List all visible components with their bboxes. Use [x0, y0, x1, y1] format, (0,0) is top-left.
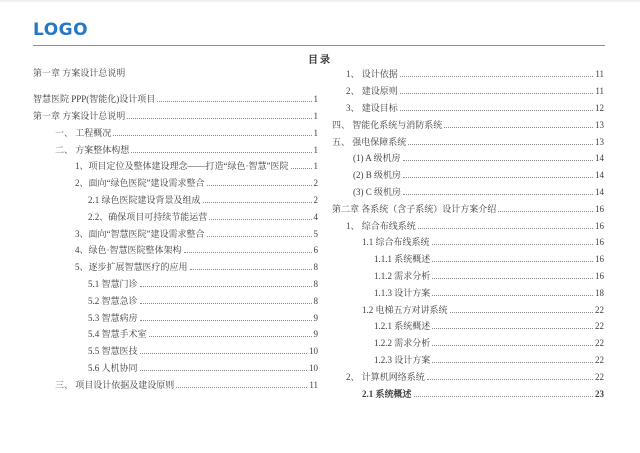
toc-entry: (1) A 级机房14 [332, 150, 604, 167]
toc-entry: 2.2、确保项目可持续节能运营4 [33, 208, 318, 225]
toc-dot-leader [149, 331, 312, 337]
toc-entry-label: 2.1 系统概述 [362, 389, 412, 399]
toc-page-number: 16 [595, 204, 604, 214]
toc-dot-leader [403, 155, 593, 161]
toc-entry-label: 5.5 智慧医技 [88, 346, 138, 356]
toc-entry: 3、面向“智慧医院”建设需求整合5 [33, 225, 318, 242]
toc-page-number: 16 [595, 271, 604, 281]
toc-entry-label: 1.2.3 设计方案 [374, 355, 430, 365]
toc-dot-leader [432, 239, 593, 245]
toc-dot-leader [432, 323, 593, 329]
toc-page-number: 9 [314, 313, 319, 323]
toc-dot-leader [131, 147, 311, 153]
toc-entry-label: 3、 建设目标 [346, 103, 398, 113]
toc-entry-label: 五、 强电保障系统 [332, 137, 406, 147]
company-logo: LOGO [33, 22, 88, 39]
toc-page-number: 13 [595, 137, 604, 147]
toc-entry-label: 5.3 智慧病房 [88, 313, 138, 323]
toc-entry-label: 1.1.2 需求分析 [374, 271, 430, 281]
toc-page-number: 6 [314, 245, 319, 255]
toc-entry: 1.1.3 设计方案18 [332, 284, 604, 301]
toc-entry-label: (3) C 级机房 [353, 187, 401, 197]
toc-entry: (3) C 级机房14 [332, 184, 604, 201]
toc-page-number: 10 [309, 363, 318, 373]
toc-entry-label: 1、项目定位及整体建设理念——打造“绿色·智慧”医院 [75, 161, 289, 171]
toc-dot-leader [444, 122, 593, 128]
toc-entry-label: 1.1 综合布线系统 [362, 237, 430, 247]
toc-page-number: 22 [595, 338, 604, 348]
toc-dot-leader [450, 307, 593, 313]
toc-page-number: 16 [595, 254, 604, 264]
toc-entry-label: 5、逐步扩展智慧医疗的应用 [75, 262, 188, 272]
toc-dot-leader [414, 391, 593, 397]
toc-page-number: 22 [595, 372, 604, 382]
toc-entry: 三、 项目设计依据及建设原则11 [33, 376, 318, 393]
toc-page-number: 1 [314, 128, 319, 138]
toc-column-left: 第一章 方案设计总说明智慧医院 PPP(智能化)设计项目1第一章 方案设计总说明… [33, 65, 318, 393]
toc-entry: 第一章 方案设计总说明 [33, 65, 318, 82]
toc-entry-label: 1.2.1 系统概述 [374, 321, 430, 331]
toc-dot-leader [207, 180, 312, 186]
toc-entry: 5.6 人机协同10 [33, 360, 318, 377]
toc-page-number: 16 [595, 237, 604, 247]
toc-entry: 2.1 绿色医院建设背景及组成2 [33, 192, 318, 209]
toc-entry: 2.1 系统概述23 [332, 385, 604, 402]
toc-dot-leader [400, 88, 594, 94]
toc-dot-leader [498, 206, 593, 212]
toc-entry-label: 5.1 智慧门诊 [88, 279, 138, 289]
toc-entry: 5.4 智慧手术室9 [33, 326, 318, 343]
toc-page-number: 8 [314, 296, 319, 306]
toc-entry-label: 四、 智能化系统与消防系统 [332, 120, 442, 130]
toc-dot-leader [113, 130, 311, 136]
toc-entry-label: 2、 建设原则 [346, 86, 398, 96]
toc-page-number: 1 [314, 94, 319, 104]
toc-dot-leader [203, 197, 312, 203]
toc-entry-label: 1、 设计依据 [346, 69, 398, 79]
toc-entry-label: 第一章 方案设计总说明 [33, 111, 125, 121]
toc-entry: 1、项目定位及整体建设理念——打造“绿色·智慧”医院1 [33, 158, 318, 175]
toc-entry-label: 二、 方案整体构想 [55, 145, 129, 155]
toc-entry: 五、 强电保障系统13 [332, 133, 604, 150]
toc-entry-label: 2、面向“绿色医院”建设需求整合 [75, 178, 205, 188]
toc-page-number: 14 [595, 170, 604, 180]
toc-page-number: 22 [595, 321, 604, 331]
toc-entry-label: (2) B 级机房 [353, 170, 401, 180]
toc-page-number: 1 [314, 145, 319, 155]
toc-page-number: 11 [595, 86, 604, 96]
toc-page-number: 4 [314, 212, 319, 222]
toc-dot-leader [403, 189, 593, 195]
toc-entry-label: 2.2、确保项目可持续节能运营 [88, 212, 207, 222]
toc-entry-label: 5.6 人机协同 [88, 363, 138, 373]
toc-entry: 2、 建设原则11 [332, 83, 604, 100]
toc-page-number: 1 [314, 161, 319, 171]
toc-entry: 5.2 智慧急诊8 [33, 292, 318, 309]
toc-dot-leader [207, 231, 312, 237]
toc-entry: 1、 设计依据11 [332, 66, 604, 83]
toc-entry: 1.2.1 系统概述22 [332, 318, 604, 335]
toc-entry-label: 智慧医院 PPP(智能化)设计项目 [33, 94, 155, 104]
toc-entry-label: 三、 项目设计依据及建设原则 [55, 380, 174, 390]
toc-entry: 4、绿色·智慧医院整体架构6 [33, 242, 318, 259]
toc-entry: 5.1 智慧门诊8 [33, 276, 318, 293]
toc-entry-label: 1、 综合布线系统 [346, 221, 416, 231]
toc-entry-label: 4、绿色·智慧医院整体架构 [75, 245, 182, 255]
toc-page-number: 1 [314, 111, 319, 121]
toc-page-number: 11 [309, 380, 318, 390]
toc-page-number: 5 [314, 229, 319, 239]
toc-entry: 二、 方案整体构想1 [33, 141, 318, 158]
toc-page-number: 23 [595, 389, 604, 399]
toc-dot-leader [127, 113, 311, 119]
toc-dot-leader [432, 357, 593, 363]
toc-page-number: 22 [595, 305, 604, 315]
toc-entry: 5.3 智慧病房9 [33, 309, 318, 326]
toc-dot-leader [408, 139, 593, 145]
toc-entry: 5.5 智慧医技10 [33, 343, 318, 360]
toc-dot-leader [140, 348, 307, 354]
toc-dot-leader [140, 298, 312, 304]
toc-page-number: 14 [595, 187, 604, 197]
toc-page-number: 16 [595, 221, 604, 231]
toc-dot-leader [209, 214, 311, 220]
toc-page-number: 2 [314, 195, 319, 205]
toc-page-number: 12 [595, 103, 604, 113]
toc-dot-leader [140, 315, 312, 321]
toc-entry: 1.2 电梯五方对讲系统22 [332, 301, 604, 318]
toc-entry: 一、 工程概况1 [33, 124, 318, 141]
toc-entry-label: 5.4 智慧手术室 [88, 329, 147, 339]
toc-dot-leader [157, 96, 311, 102]
toc-entry-label: 3、面向“智慧医院”建设需求整合 [75, 229, 205, 239]
toc-entry: 2、面向“绿色医院”建设需求整合2 [33, 175, 318, 192]
toc-entry: 5、逐步扩展智慧医疗的应用8 [33, 259, 318, 276]
toc-page-number: 18 [595, 288, 604, 298]
toc-dot-leader [432, 256, 593, 262]
toc-column-right: 1、 设计依据112、 建设原则113、 建设目标12四、 智能化系统与消防系统… [332, 66, 604, 402]
toc-entry-label: 1.1.1 系统概述 [374, 254, 430, 264]
toc-page-number: 2 [314, 178, 319, 188]
toc-entry: 四、 智能化系统与消防系统13 [332, 116, 604, 133]
toc-entry: 3、 建设目标12 [332, 100, 604, 117]
header-divider [33, 45, 605, 46]
toc-entry: (2) B 级机房14 [332, 167, 604, 184]
toc-dot-leader [400, 71, 594, 77]
toc-entry-label: 第一章 方案设计总说明 [33, 68, 125, 78]
toc-dot-leader [176, 382, 307, 388]
toc-dot-leader [432, 273, 593, 279]
toc-page-number: 8 [314, 279, 319, 289]
toc-page-number: 9 [314, 329, 319, 339]
toc-dot-leader [427, 374, 593, 380]
toc-entry: 1.1 综合布线系统16 [332, 234, 604, 251]
toc-dot-leader [291, 163, 312, 169]
toc-entry-label: 2.1 绿色医院建设背景及组成 [88, 195, 201, 205]
toc-title: 目录 [0, 51, 640, 66]
toc-entry-label: 5.2 智慧急诊 [88, 296, 138, 306]
toc-entry-label: (1) A 级机房 [353, 153, 401, 163]
toc-dot-leader [403, 172, 593, 178]
toc-dot-leader [432, 340, 593, 346]
toc-dot-leader [190, 264, 312, 270]
toc-entry-label: 第二章 各系统（含子系统）设计方案介绍 [332, 204, 496, 214]
toc-page-number: 8 [314, 262, 319, 272]
toc-page-number: 13 [595, 120, 604, 130]
toc-entry: 智慧医院 PPP(智能化)设计项目1 [33, 91, 318, 108]
toc-entry: 1.2.3 设计方案22 [332, 352, 604, 369]
toc-entry-label: 2、 计算机网络系统 [346, 372, 425, 382]
toc-dot-leader [140, 281, 312, 287]
toc-page-number: 22 [595, 355, 604, 365]
toc-entry: 1.2.2 需求分析22 [332, 335, 604, 352]
toc-dot-leader [140, 365, 307, 371]
toc-entry-label: 1.2 电梯五方对讲系统 [362, 305, 448, 315]
toc-dot-leader [400, 105, 593, 111]
document-page: { "header": { "logo_text": "LOGO", "logo… [0, 0, 640, 453]
toc-dot-leader [184, 247, 312, 253]
toc-entry: 1.1.2 需求分析16 [332, 268, 604, 285]
toc-entry: 第一章 方案设计总说明1 [33, 108, 318, 125]
toc-dot-leader [418, 223, 593, 229]
toc-entry: 2、 计算机网络系统22 [332, 368, 604, 385]
toc-entry-label: 1.1.3 设计方案 [374, 288, 430, 298]
toc-dot-leader [432, 290, 593, 296]
toc-entry-label: 一、 工程概况 [55, 128, 111, 138]
toc-page-number: 10 [309, 346, 318, 356]
toc-entry-label: 1.2.2 需求分析 [374, 338, 430, 348]
toc-entry: 第二章 各系统（含子系统）设计方案介绍16 [332, 200, 604, 217]
toc-entry: 1.1.1 系统概述16 [332, 251, 604, 268]
toc-page-number: 14 [595, 153, 604, 163]
toc-entry: 1、 综合布线系统16 [332, 217, 604, 234]
toc-page-number: 11 [595, 69, 604, 79]
